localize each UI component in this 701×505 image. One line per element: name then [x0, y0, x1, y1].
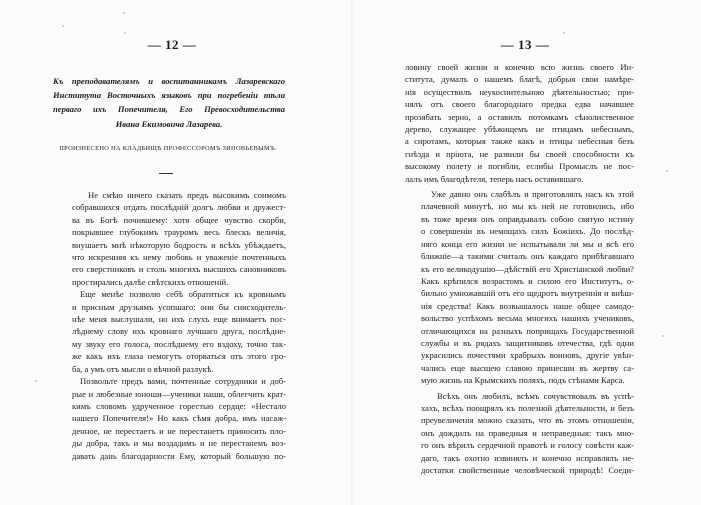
page-number: — 13 — [352, 37, 698, 53]
text-line: гнѣзда и пріюта, не развили бы своей спо… [405, 148, 634, 160]
text-line: въ тоже время онъ оправдывалъ собою свят… [405, 213, 634, 225]
text-line: мую жизнь на Крымскихъ поляхъ, подъ стѣн… [405, 374, 634, 386]
page-12: — 12 — Къ преподавателямъ и воспитанника… [0, 0, 352, 505]
page-number: — 12 — [0, 37, 344, 53]
text-line: онъ дождилъ на праведныя и неправедныя: … [405, 427, 634, 439]
dedication-title: Къ преподавателямъ и воспитанникамъ Лаза… [53, 74, 285, 131]
paragraph: Всѣхъ онъ любилъ, всѣмъ сочувствовалъ въ… [405, 390, 634, 477]
text-line: достатки свойственные человѣческой приро… [405, 464, 634, 476]
text-line: Какъ крѣпился возрастомъ и силою его Инс… [405, 275, 634, 287]
text-line: покрывшее глубокимъ трауромъ весь блескъ… [56, 226, 286, 238]
paragraph: ловину своей жизни и конечно всю жизнь с… [405, 61, 634, 185]
paragraph: Позвольте предъ вами, почтенные сотрудни… [56, 375, 286, 462]
text-line: Уже давно онъ слабѣлъ и приготовлялъ нас… [405, 188, 634, 200]
text-line: ва въ Богѣ почившему: хотя общее чувство… [56, 214, 286, 226]
scan-speck [123, 12, 125, 14]
section-divider [159, 173, 173, 174]
text-line: службы и въ рядахъ защитниковъ отечества… [405, 337, 634, 349]
title-line: Къ преподавателямъ и воспитанникамъ Лаза… [53, 74, 285, 88]
text-line: его сверстниковъ и столь многихъ высшихъ… [56, 263, 286, 275]
scan-speck [563, 32, 565, 34]
text-line: ближніе—а такими считалъ онъ каждаго при… [405, 250, 634, 262]
text-line: къ его великодушію—дѣйствій его Христіан… [405, 263, 634, 275]
text-line: давать дань благодарности Ему, который б… [56, 450, 286, 462]
text-line: внушаетъ мнѣ нѣкоторую бодрость и всѣхъ … [56, 239, 286, 251]
text-line: простирались далѣе свѣтскихъ отношеній. [56, 276, 286, 288]
text-line: кимъ словомъ удрученное горестью сердце:… [56, 400, 286, 412]
page-13: — 13 — ловину своей жизни и конечно всю … [352, 0, 701, 505]
text-line: высокому полету и погибли, еслибы Промыс… [405, 160, 634, 172]
text-line: прозябать зерно, а оставилъ потомкамъ сѣ… [405, 111, 634, 123]
title-line: Ивана Екимовича Лазарева. [53, 117, 285, 131]
text-line: Всѣхъ онъ любилъ, всѣмъ сочувствовалъ въ… [405, 390, 634, 402]
text-line: ба, а умъ отъ мысли о вѣчной разлукѣ. [56, 363, 286, 375]
text-line: даго, такъ охотно извинялъ и конечно исп… [405, 452, 634, 464]
text-line: чались еще высшею славою принесши въ жер… [405, 362, 634, 374]
text-line: о совершеніи въ немощахъ силъ Божіихъ. Д… [405, 225, 634, 237]
paragraph: Еще менѣе позволю себѣ обратиться къ кро… [56, 288, 286, 375]
text-line: ститута, думалъ о нашемъ благѣ, добрыя с… [405, 73, 634, 85]
text-line: Не смѣю ничего сказать предъ высокимъ со… [56, 189, 286, 201]
body-text: ловину своей жизни и конечно всю жизнь с… [405, 61, 634, 476]
book-spread: — 12 — Къ преподавателямъ и воспитанника… [0, 0, 701, 505]
text-line: вольство успѣхомъ весьма многихъ нашихъ … [405, 312, 634, 324]
scan-speck [62, 25, 64, 27]
text-line: отличающихся на разныхъ поприщахъ Госуда… [405, 325, 634, 337]
text-line: лалъ имъ благодѣтеля, теперь насъ остави… [405, 173, 634, 185]
text-line: нялъ отъ своего благороднаго предка едва… [405, 98, 634, 110]
text-line: бильно умножавшій отъ его щедротъ внутре… [405, 287, 634, 299]
text-line: же какъ ихъ глаза немогутъ оторваться от… [56, 350, 286, 362]
text-line: хахъ, всѣхъ поощрялъ къ полезной дѣятель… [405, 402, 634, 414]
text-line: плачевной минутѣ, но мы къ ней не готови… [405, 200, 634, 212]
text-line: собравшихся отдать послѣдній долгъ любви… [56, 201, 286, 213]
text-line: нашего Попечителя!» Но какъ сѣмя добра, … [56, 412, 286, 424]
text-line: нія осуществилъ неукоснительною дѣятельн… [405, 86, 634, 98]
speech-attribution: Произнесено на кладбищѣ профессоромъ Зин… [48, 145, 288, 152]
paragraph: Уже давно онъ слабѣлъ и приготовлялъ нас… [405, 188, 634, 387]
scan-speck [666, 170, 668, 172]
text-line: денное, не перестаетъ и не перестанетъ п… [56, 425, 286, 437]
text-line: дерево, служащее убѣжищемъ не птицамъ не… [405, 123, 634, 135]
text-line: и присным друзьямъ усопшаго: они бы снис… [56, 301, 286, 313]
scan-speck [124, 32, 126, 34]
scan-speck [35, 380, 37, 382]
text-line: Позвольте предъ вами, почтенные сотрудни… [56, 375, 286, 387]
text-line: преувеличенія можно сказать, что въ этом… [405, 414, 634, 426]
title-line: Института Восточныхъ языковъ при погребе… [53, 88, 285, 102]
text-line: что искренняя къ нему любовь и уваженіе … [56, 251, 286, 263]
text-line: ловину своей жизни и конечно всю жизнь с… [405, 61, 634, 73]
text-line: ды добра, такъ и мы воздадимъ и не перес… [56, 437, 286, 449]
text-line: рые и любезные юноши—ученики наши, облег… [56, 388, 286, 400]
title-line: перваго ихъ Попечителя, Его Превосходите… [53, 102, 285, 116]
text-line: а сиротамъ, которыя также какъ и птицы н… [405, 135, 634, 147]
paragraph: Не смѣю ничего сказать предъ высокимъ со… [56, 189, 286, 288]
text-line: му звуку его голоса, послѣднему его вздо… [56, 338, 286, 350]
text-line: няго конца его жизни не испытывали ли мы… [405, 238, 634, 250]
scan-speck [662, 335, 664, 337]
text-line: украсились почестями храбрыхъ воиновъ, д… [405, 349, 634, 361]
text-line: го онъ вѣрилъ сердечной правотѣ и голосу… [405, 439, 634, 451]
text-line: нія средства! Какъ возвышалось наше обще… [405, 300, 634, 312]
text-line: Еще менѣе позволю себѣ обратиться къ кро… [56, 288, 286, 300]
text-line: лѣднему слову ихъ кровнаго лучшаго друга… [56, 325, 286, 337]
text-line: нѣе меня выслушали, но ихъ слухъ еще вни… [56, 313, 286, 325]
body-text: Не смѣю ничего сказать предъ высокимъ со… [56, 189, 286, 462]
